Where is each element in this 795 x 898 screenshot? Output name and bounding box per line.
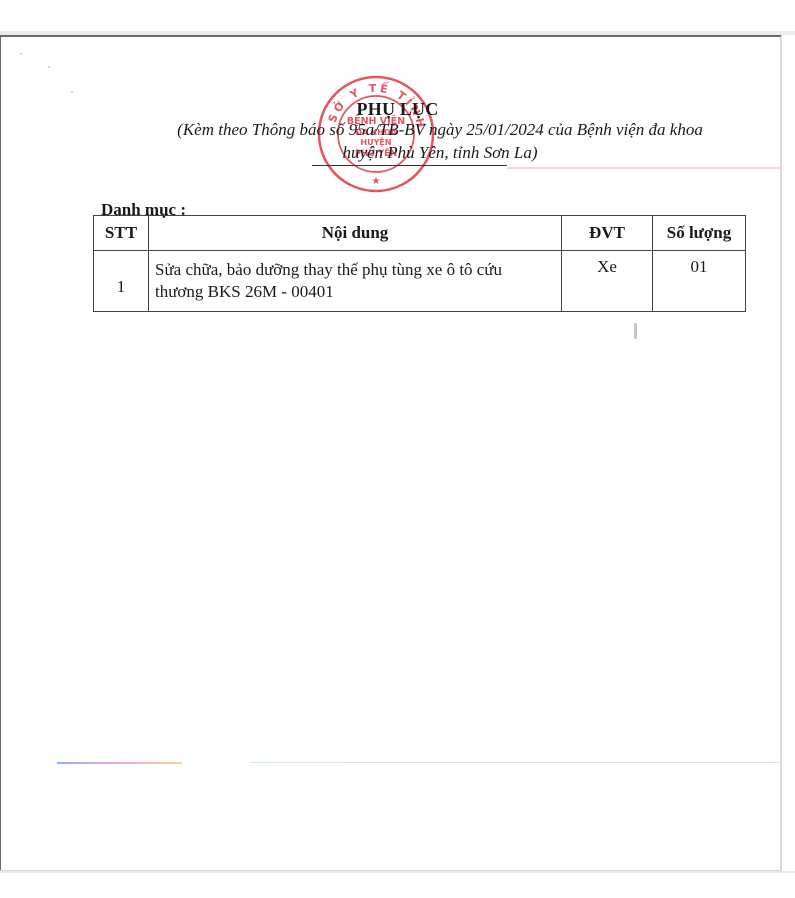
scan-speck: [71, 91, 73, 93]
scan-speck: [20, 53, 22, 55]
items-table: STT Nội dung ĐVT Số lượng 1 Sửa chữa, bả…: [93, 215, 746, 312]
subtitle-underline: [312, 165, 507, 166]
viewer-bottom-edge: [0, 871, 795, 873]
header-dvt: ĐVT: [562, 216, 653, 251]
document-title: PHỤ LỤC: [0, 99, 795, 120]
document-subtitle: (Kèm theo Thông báo số 95a/TB-BV ngày 25…: [140, 118, 740, 164]
stamp-star-icon: ★: [372, 176, 381, 187]
scan-artifact-faint-line: [250, 762, 782, 763]
scan-artifact-rainbow-line: [57, 762, 182, 764]
subtitle-line-2: huyện Phù Yên, tỉnh Sơn La): [140, 141, 740, 164]
cell-noi-dung-line1: Sửa chữa, bảo dưỡng thay thế phụ tùng xe…: [155, 259, 561, 281]
scan-speck: [48, 66, 50, 68]
table-row: 1 Sửa chữa, bảo dưỡng thay thế phụ tùng …: [94, 251, 746, 312]
cell-dvt: Xe: [562, 251, 653, 312]
table-header-row: STT Nội dung ĐVT Số lượng: [94, 216, 746, 251]
cell-so-luong: 01: [653, 251, 746, 312]
scan-mark: [634, 323, 637, 339]
cell-noi-dung-line2: thương BKS 26M - 00401: [155, 281, 561, 303]
cell-stt: 1: [94, 251, 149, 312]
cell-noi-dung: Sửa chữa, bảo dưỡng thay thế phụ tùng xe…: [149, 251, 562, 312]
subtitle-line-1: (Kèm theo Thông báo số 95a/TB-BV ngày 25…: [140, 118, 740, 141]
header-noi-dung: Nội dung: [149, 216, 562, 251]
header-so-luong: Số lượng: [653, 216, 746, 251]
scan-artifact-line: [507, 167, 782, 169]
header-stt: STT: [94, 216, 149, 251]
